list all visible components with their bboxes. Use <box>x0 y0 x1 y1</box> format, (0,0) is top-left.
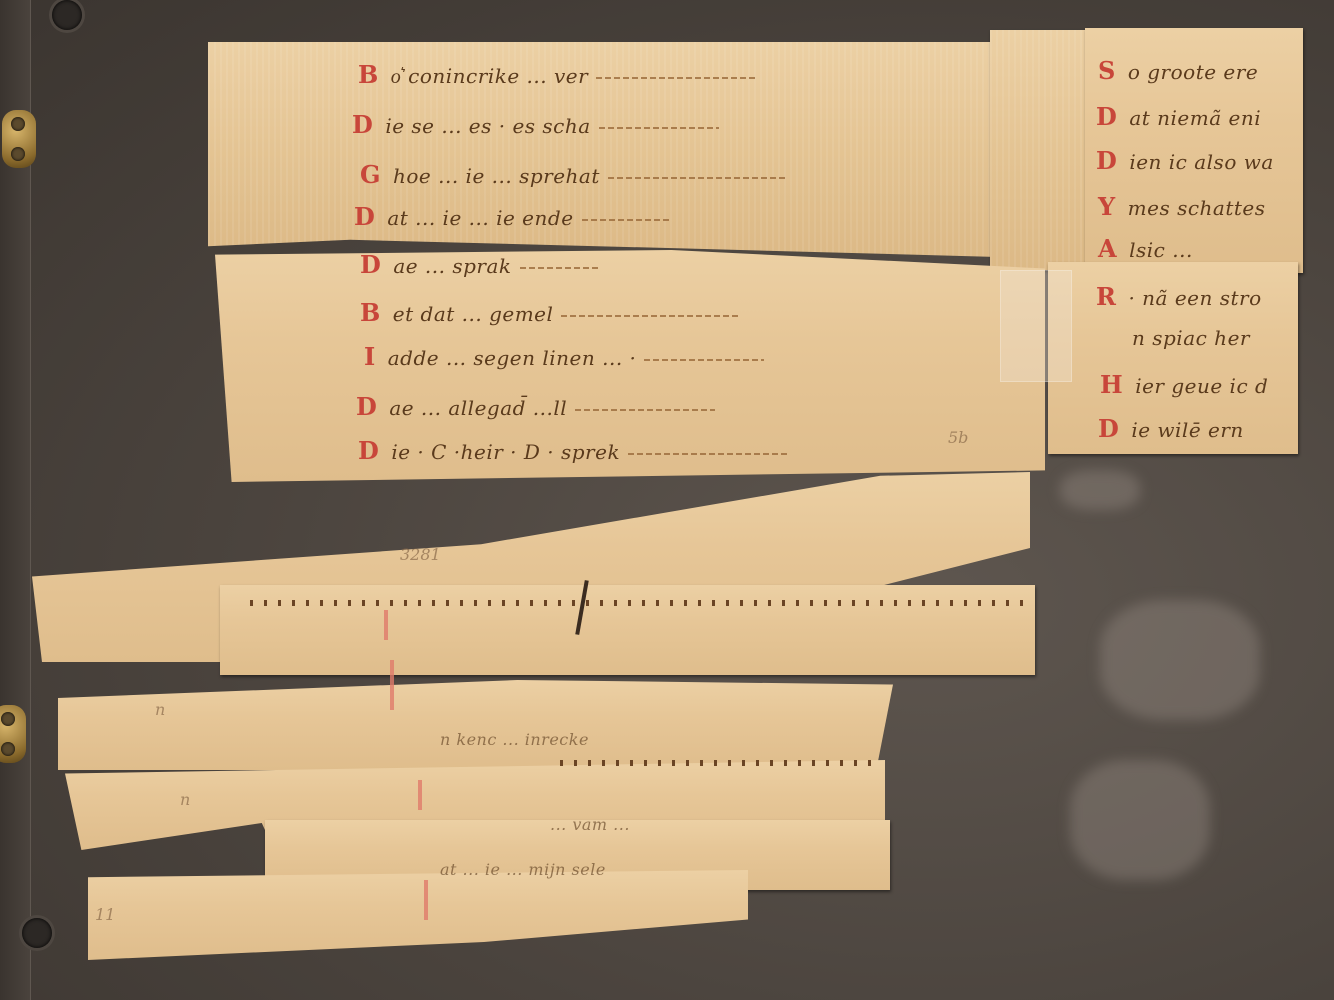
rubric-mark <box>418 780 422 810</box>
stitch-holes <box>560 760 880 766</box>
manuscript-line: R· nã een stro <box>1096 282 1262 311</box>
manuscript-line: n kenc ... inrecke <box>440 730 589 749</box>
manuscript-line: n spiac her <box>1132 326 1250 350</box>
brass-clasp-bottom <box>0 705 26 763</box>
rubric-mark <box>424 880 428 920</box>
rivet-hole-top <box>52 0 82 30</box>
mending-tape <box>1000 270 1072 382</box>
brass-clasp-top <box>2 110 36 168</box>
manuscript-line: So groote ere <box>1098 56 1258 85</box>
manuscript-line: Dat niemã eni <box>1096 102 1261 131</box>
manuscript-line: Hier geue ic d <box>1100 370 1268 399</box>
manuscript-line: Die · C ·heir · D · sprek <box>358 436 788 465</box>
lower-fragment-bottom-strip <box>88 870 748 960</box>
pencil-note: 3281 <box>400 545 441 564</box>
strip-mark: n <box>155 700 165 719</box>
stitch-holes <box>250 600 1030 606</box>
manuscript-line: Dien ic also wa <box>1096 146 1274 175</box>
manuscript-line: ... vam ... <box>550 815 630 834</box>
manuscript-line: Dat ... ie ... ie ende <box>354 202 672 231</box>
upper-middle-fragment <box>990 30 1100 270</box>
manuscript-line: Alsic ... <box>1098 234 1193 263</box>
backing-stain <box>1100 600 1260 720</box>
rubric-mark <box>384 610 388 640</box>
lower-fragment-body <box>220 585 1035 675</box>
rivet-hole-bottom <box>22 918 52 948</box>
manuscript-line: Dae ... allegad̄ ...ll <box>356 392 715 421</box>
manuscript-line: at ... ie ... mijn sele <box>440 860 606 879</box>
manuscript-line: Ghoe ... ie ... sprehat <box>360 160 788 189</box>
backing-stain <box>1060 470 1140 510</box>
manuscript-line: Bo͛ conincrike ... ver <box>358 60 756 89</box>
rubric-mark <box>390 660 394 710</box>
strip-mark: 11 <box>95 905 115 924</box>
pencil-note: 5b <box>948 428 968 447</box>
manuscript-line: Die se ... es · es scha <box>352 110 719 139</box>
manuscript-line: Bet dat ... gemel <box>360 298 741 327</box>
backing-stain <box>1070 760 1210 880</box>
manuscript-line: Die wilē ern <box>1098 414 1244 443</box>
strip-mark: n <box>180 790 190 809</box>
lower-fragment-middle <box>58 680 893 770</box>
manuscript-line: Iadde ... segen linen ... · <box>364 342 764 371</box>
manuscript-line: Ymes schattes <box>1098 192 1266 221</box>
manuscript-line: Dae ... sprak <box>360 250 600 279</box>
